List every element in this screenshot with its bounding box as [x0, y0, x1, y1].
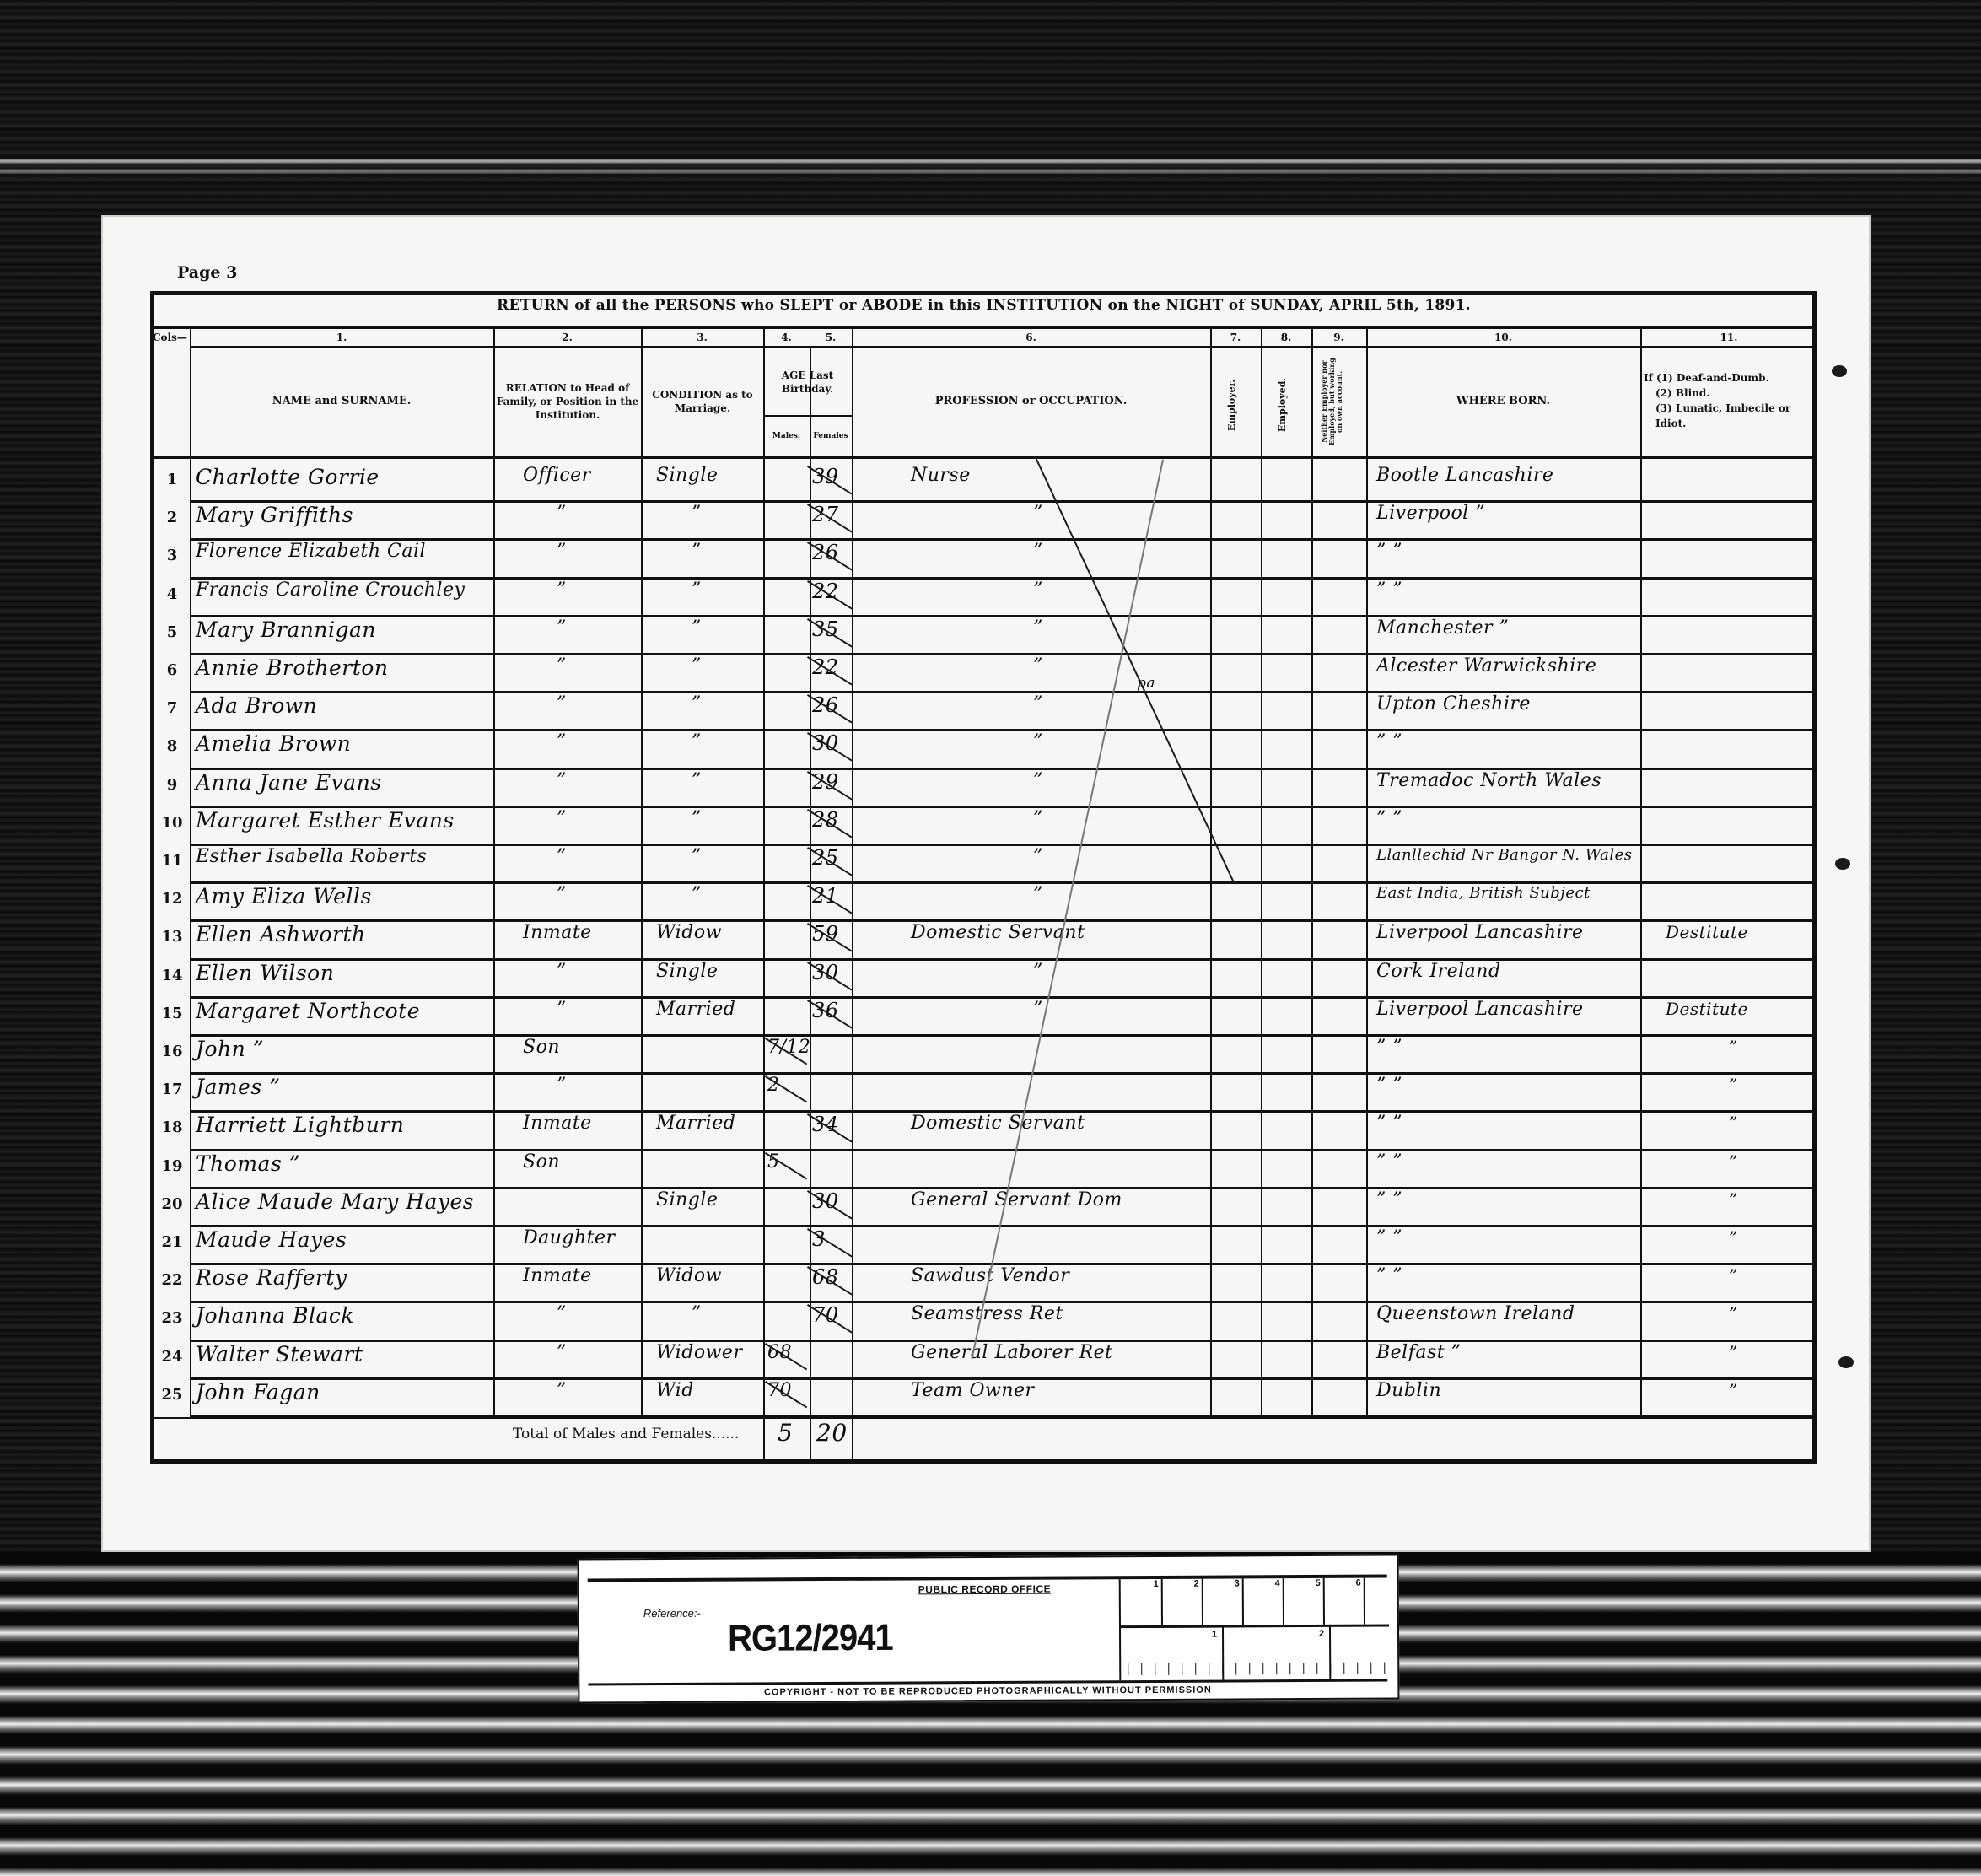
name-cell: Rose Rafferty [196, 1265, 347, 1290]
row-rule [190, 615, 1817, 617]
birthplace-cell: ” ” [1376, 1151, 1402, 1172]
relation-cell: ” [557, 731, 567, 752]
row-number: 4 [156, 585, 188, 603]
totals-label: Total of Males and Females...... [513, 1426, 739, 1442]
punch-hole [1832, 365, 1847, 377]
scale-tick [1276, 1663, 1277, 1674]
row-number: 20 [156, 1195, 188, 1213]
col-line [1210, 329, 1212, 1417]
infirmity-cell: ” [1729, 1303, 1738, 1323]
relation-cell: ” [557, 999, 567, 1020]
relation-cell: ” [557, 770, 567, 791]
occupation-cell: ” [1033, 693, 1043, 714]
occupation-cell: Team Owner [911, 1380, 1035, 1401]
occupation-cell: ” [1033, 884, 1043, 905]
row-rule [190, 958, 1817, 961]
birthplace-cell: Cork Ireland [1376, 961, 1501, 982]
row-number: 23 [156, 1309, 188, 1327]
name-cell: John ” [196, 1037, 264, 1061]
relation-cell: ” [557, 884, 567, 905]
header-age: AGE Last Birthday. [763, 350, 852, 414]
birthplace-cell: ” ” [1376, 580, 1402, 601]
name-cell: Margaret Northcote [196, 999, 420, 1023]
name-cell: Amelia Brown [196, 731, 351, 756]
condition-cell: Married [656, 1113, 735, 1134]
name-cell: Ellen Wilson [196, 961, 334, 985]
reference-card-frame: PUBLIC RECORD OFFICE Reference:- RG12/29… [588, 1575, 1388, 1686]
infirmity-cell: ” [1729, 1265, 1738, 1286]
scale-tick [1209, 1663, 1209, 1675]
scale-tick [1235, 1663, 1236, 1674]
row-number: 6 [156, 661, 188, 679]
occupation-cell: ” [1033, 617, 1043, 639]
relation-cell: Inmate [523, 922, 592, 943]
occupation-cell: ” [1033, 770, 1043, 791]
col-line [190, 329, 191, 1417]
row-rule [190, 1072, 1817, 1075]
condition-cell: ” [692, 770, 702, 791]
condition-cell: ” [692, 655, 702, 677]
row-number: 17 [156, 1081, 188, 1098]
row-rule [190, 1225, 1817, 1227]
birthplace-cell: Liverpool Lancashire [1376, 922, 1584, 943]
scale-label: 4 [1244, 1578, 1284, 1625]
row-number: 3 [156, 547, 188, 564]
infirmity-deaf: If (1) Deaf-and-Dumb. [1644, 370, 1769, 385]
row-number: 25 [156, 1386, 188, 1404]
col-line [493, 329, 495, 1417]
birthplace-cell: Tremadoc North Wales [1376, 770, 1601, 791]
col-line [1366, 329, 1368, 1417]
scale-label: 6 [1325, 1578, 1365, 1625]
birthplace-cell: Liverpool ” [1376, 503, 1485, 524]
infirmity-cell: ” [1729, 1342, 1738, 1362]
name-cell: Harriett Lightburn [196, 1113, 404, 1137]
row-number: 16 [156, 1043, 188, 1060]
name-cell: James ” [196, 1075, 281, 1099]
condition-cell: Single [656, 961, 718, 982]
title-divider [150, 326, 1817, 329]
row-number: 7 [156, 699, 188, 717]
row-number: 10 [156, 814, 188, 832]
header-divider [150, 456, 1817, 459]
condition-cell: ” [692, 731, 702, 752]
infirmity-cell: ” [1729, 1227, 1738, 1248]
birthplace-cell: Dublin [1376, 1380, 1441, 1401]
name-cell: John Fagan [196, 1380, 320, 1404]
row-rule [190, 538, 1817, 541]
colnum-9: 9. [1311, 332, 1366, 343]
occupation-cell: Nurse [911, 465, 971, 486]
name-cell: Annie Brotherton [196, 655, 388, 680]
name-cell: Johanna Black [196, 1303, 354, 1328]
scale-tick [1384, 1663, 1385, 1674]
col-line [1311, 329, 1313, 1417]
scale-label: 2 [1163, 1579, 1203, 1625]
col-line [763, 329, 765, 1459]
scale-tick [1168, 1663, 1169, 1675]
header-name: NAME and SURNAME. [190, 350, 493, 453]
name-cell: Charlotte Gorrie [196, 465, 380, 489]
occupation-cell: ” [1033, 541, 1043, 562]
infirmity-cell: ” [1729, 1380, 1738, 1400]
name-cell: Francis Caroline Crouchley [196, 580, 465, 601]
public-record-office-label: PUBLIC RECORD OFFICE [918, 1583, 1051, 1596]
condition-cell: ” [692, 884, 702, 905]
film-edge-band [0, 159, 1981, 164]
infirmity-cell: Destitute [1666, 999, 1748, 1019]
col-line [852, 329, 853, 1459]
row-number: 22 [156, 1271, 188, 1289]
col-line [1261, 329, 1262, 1417]
header-males: Males. [763, 422, 810, 450]
header-females: Females [810, 422, 852, 450]
scale-top-row: 1 2 3 4 5 6 [1121, 1578, 1389, 1629]
col-line [641, 329, 643, 1417]
census-table [150, 291, 1817, 1464]
film-edge-band [0, 169, 1981, 174]
name-cell: Esther Isabella Roberts [196, 846, 427, 867]
birthplace-cell: ” ” [1376, 1265, 1402, 1286]
scale-tick [1249, 1663, 1250, 1674]
birthplace-cell: ” ” [1376, 1189, 1402, 1210]
infirmity-cell: ” [1729, 1151, 1738, 1172]
relation-cell: ” [557, 503, 567, 524]
colnum-2: 2. [493, 332, 641, 343]
col-line [1640, 329, 1642, 1417]
colnum-6: 6. [852, 332, 1210, 343]
birthplace-cell: Llanllechid Nr Bangor N. Wales [1376, 846, 1633, 864]
birthplace-cell: Manchester ” [1376, 617, 1509, 639]
row-rule [190, 691, 1817, 693]
occupation-cell: ” [1033, 808, 1043, 829]
measurement-scale: 1 2 3 4 5 6 1 2 [1119, 1578, 1390, 1681]
scale-label: 1 [1121, 1579, 1163, 1625]
colnum-3: 3. [641, 332, 763, 343]
row-number: 19 [156, 1157, 188, 1175]
relation-cell: ” [557, 1303, 567, 1324]
scale-tick [1303, 1663, 1304, 1674]
infirmity-lunatic: (3) Lunatic, Imbecile or Idiot. [1644, 401, 1799, 431]
row-number: 24 [156, 1348, 188, 1366]
condition-cell: ” [692, 617, 702, 639]
punch-hole [1835, 858, 1850, 870]
scale-tick [1357, 1663, 1358, 1674]
infirmity-cell: ” [1729, 1189, 1738, 1210]
occupation-cell: ” [1033, 655, 1043, 677]
relation-cell: ” [557, 580, 567, 601]
condition-cell: Widow [656, 1265, 722, 1286]
name-cell: Mary Griffiths [196, 503, 353, 527]
copyright-notice: COPYRIGHT - NOT TO BE REPRODUCED PHOTOGR… [588, 1685, 1387, 1699]
header-neither: Neither Employer nor Employed, but worki… [1321, 354, 1354, 449]
name-cell: Alice Maude Mary Hayes [196, 1189, 474, 1214]
row-number: 12 [156, 890, 188, 908]
occupation-cell: ” [1033, 580, 1043, 601]
cols-label: Cols— [153, 332, 190, 343]
scale-tick [1195, 1663, 1196, 1675]
birthplace-cell: ” ” [1376, 541, 1402, 562]
colnum-11: 11. [1640, 332, 1817, 343]
reference-label: Reference:- [643, 1607, 701, 1620]
name-cell: Florence Elizabeth Cail [196, 541, 426, 562]
relation-cell: Son [523, 1037, 560, 1058]
colnum-4: 4. [763, 332, 810, 343]
scale-tick [1262, 1663, 1263, 1674]
birthplace-cell: Queenstown Ireland [1376, 1303, 1575, 1324]
name-cell: Margaret Esther Evans [196, 808, 455, 833]
relation-cell: ” [557, 1075, 567, 1096]
row-number: 15 [156, 1005, 188, 1022]
name-cell: Maude Hayes [196, 1227, 347, 1252]
birthplace-cell: Belfast ” [1376, 1342, 1461, 1363]
relation-cell: Officer [523, 465, 591, 486]
occupation-cell: ” [1033, 731, 1043, 752]
scale-tick [1182, 1663, 1182, 1675]
age-subdivider [763, 415, 852, 417]
infirmity-cell: ” [1729, 1037, 1738, 1057]
relation-cell: ” [557, 961, 567, 982]
header-relation: RELATION to Head of Family, or Position … [495, 350, 640, 453]
relation-cell: ” [557, 808, 567, 829]
relation-cell: ” [557, 1342, 567, 1363]
scale-tick [1222, 1663, 1223, 1675]
colnum-10: 10. [1366, 332, 1640, 343]
row-rule [190, 1149, 1817, 1151]
birthplace-cell: Alcester Warwickshire [1376, 655, 1596, 677]
name-cell: Amy Eliza Wells [196, 884, 372, 908]
relation-cell: Inmate [523, 1113, 592, 1134]
page-label: Page 3 [177, 263, 237, 282]
row-number: 13 [156, 928, 188, 946]
occupation-cell: General Laborer Ret [911, 1342, 1112, 1363]
relation-cell: ” [557, 1380, 567, 1401]
condition-cell: Single [656, 1189, 718, 1210]
row-rule [190, 1415, 1817, 1418]
scale-label: 2 [1319, 1629, 1324, 1639]
name-cell: Anna Jane Evans [196, 770, 382, 795]
reference-number: RG12/2941 [728, 1617, 893, 1660]
relation-cell: ” [557, 655, 567, 677]
row-number: 21 [156, 1233, 188, 1251]
row-number: 9 [156, 776, 188, 794]
infirmity-blind: (2) Blind. [1644, 385, 1709, 401]
condition-cell: Married [656, 999, 735, 1020]
infirmity-cell: ” [1729, 1113, 1738, 1133]
condition-cell: Widower [656, 1342, 742, 1363]
scale-tick [1316, 1663, 1317, 1674]
relation-cell: Inmate [523, 1265, 592, 1286]
header-occupation: PROFESSION or OCCUPATION. [852, 350, 1210, 453]
reference-card: PUBLIC RECORD OFFICE Reference:- RG12/29… [578, 1554, 1400, 1703]
condition-cell: ” [692, 503, 702, 524]
name-cell: Mary Brannigan [196, 617, 376, 642]
colnum-divider [190, 346, 1817, 348]
infirmity-cell: Destitute [1666, 922, 1748, 942]
occupation-cell: ” [1033, 503, 1043, 524]
row-number: 11 [156, 852, 188, 870]
name-cell: Walter Stewart [196, 1342, 363, 1367]
scale-tick [1330, 1663, 1331, 1674]
row-rule [190, 729, 1817, 731]
occupation-cell: Seamstress Ret [911, 1303, 1063, 1324]
relation-cell: ” [557, 846, 567, 867]
colnum-5: 5. [810, 332, 852, 343]
name-cell: Ada Brown [196, 693, 317, 718]
colnum-1: 1. [190, 332, 493, 343]
row-number: 18 [156, 1119, 188, 1136]
condition-cell: ” [692, 541, 702, 562]
relation-cell: ” [557, 617, 567, 639]
scale-tick [1155, 1663, 1155, 1675]
row-rule [190, 500, 1817, 503]
scale-label: 3 [1203, 1578, 1244, 1625]
relation-cell: ” [557, 541, 567, 562]
condition-cell: Single [656, 465, 718, 486]
scale-tick [1370, 1663, 1371, 1674]
header-employer: Employer. [1227, 363, 1237, 447]
occupation-cell: ” [1033, 846, 1043, 867]
occupation-cell: ” [1033, 961, 1043, 982]
birthplace-cell: ” ” [1376, 1037, 1402, 1058]
scale-label: 5 [1284, 1578, 1325, 1625]
occupation-cell: ” [1033, 999, 1043, 1020]
infirmity-cell: ” [1729, 1075, 1738, 1095]
header-condition: CONDITION as to Marriage. [643, 350, 762, 453]
condition-cell: ” [692, 693, 702, 714]
header-employed: Employed. [1278, 363, 1288, 447]
condition-cell: Widow [656, 922, 722, 943]
birthplace-cell: Bootle Lancashire [1376, 465, 1553, 486]
scale-tick [1141, 1663, 1142, 1675]
name-cell: Thomas ” [196, 1151, 300, 1176]
occupation-cell: Domestic Servant [911, 922, 1085, 943]
condition-cell: ” [692, 580, 702, 601]
row-number: 14 [156, 967, 188, 984]
birthplace-cell: Upton Cheshire [1376, 693, 1531, 714]
row-number: 8 [156, 737, 188, 755]
birthplace-cell: East India, British Subject [1376, 884, 1591, 902]
total-males: 5 [778, 1419, 793, 1447]
page-title: RETURN of all the PERSONS who SLEPT or A… [150, 297, 1817, 314]
col-line [810, 346, 811, 1459]
scale-label: 1 [1212, 1630, 1217, 1640]
total-females: 20 [816, 1419, 848, 1447]
row-number: 1 [156, 471, 188, 488]
condition-cell: ” [692, 1303, 702, 1324]
birthplace-cell: ” ” [1376, 731, 1402, 752]
relation-cell: Son [523, 1151, 560, 1172]
birthplace-cell: ” ” [1376, 1075, 1402, 1096]
row-rule [190, 1034, 1817, 1037]
birthplace-cell: ” ” [1376, 1227, 1402, 1248]
row-number: 5 [156, 623, 188, 641]
punch-hole [1838, 1356, 1854, 1368]
occupation-cell: Domestic Servant [911, 1113, 1085, 1134]
birthplace-cell: ” ” [1376, 808, 1402, 829]
occupation-cell: General Servant Dom [911, 1189, 1122, 1210]
header-where-born: WHERE BORN. [1366, 350, 1640, 453]
colnum-8: 8. [1261, 332, 1311, 343]
header-infirmity: If (1) Deaf-and-Dumb. (2) Blind. (3) Lun… [1642, 358, 1817, 443]
birthplace-cell: ” ” [1376, 1113, 1402, 1134]
row-number: 2 [156, 509, 188, 526]
condition-cell: ” [692, 846, 702, 867]
relation-cell: Daughter [523, 1227, 616, 1248]
scale-tick [1343, 1663, 1344, 1674]
relation-cell: ” [557, 693, 567, 714]
scale-tick [1128, 1663, 1128, 1675]
name-cell: Ellen Ashworth [196, 922, 366, 946]
birthplace-cell: Liverpool Lancashire [1376, 999, 1584, 1020]
scale-tick [1289, 1663, 1290, 1674]
margin-note: pa [1137, 675, 1155, 692]
condition-cell: Wid [656, 1380, 694, 1401]
condition-cell: ” [692, 808, 702, 829]
colnum-7: 7. [1210, 332, 1261, 343]
